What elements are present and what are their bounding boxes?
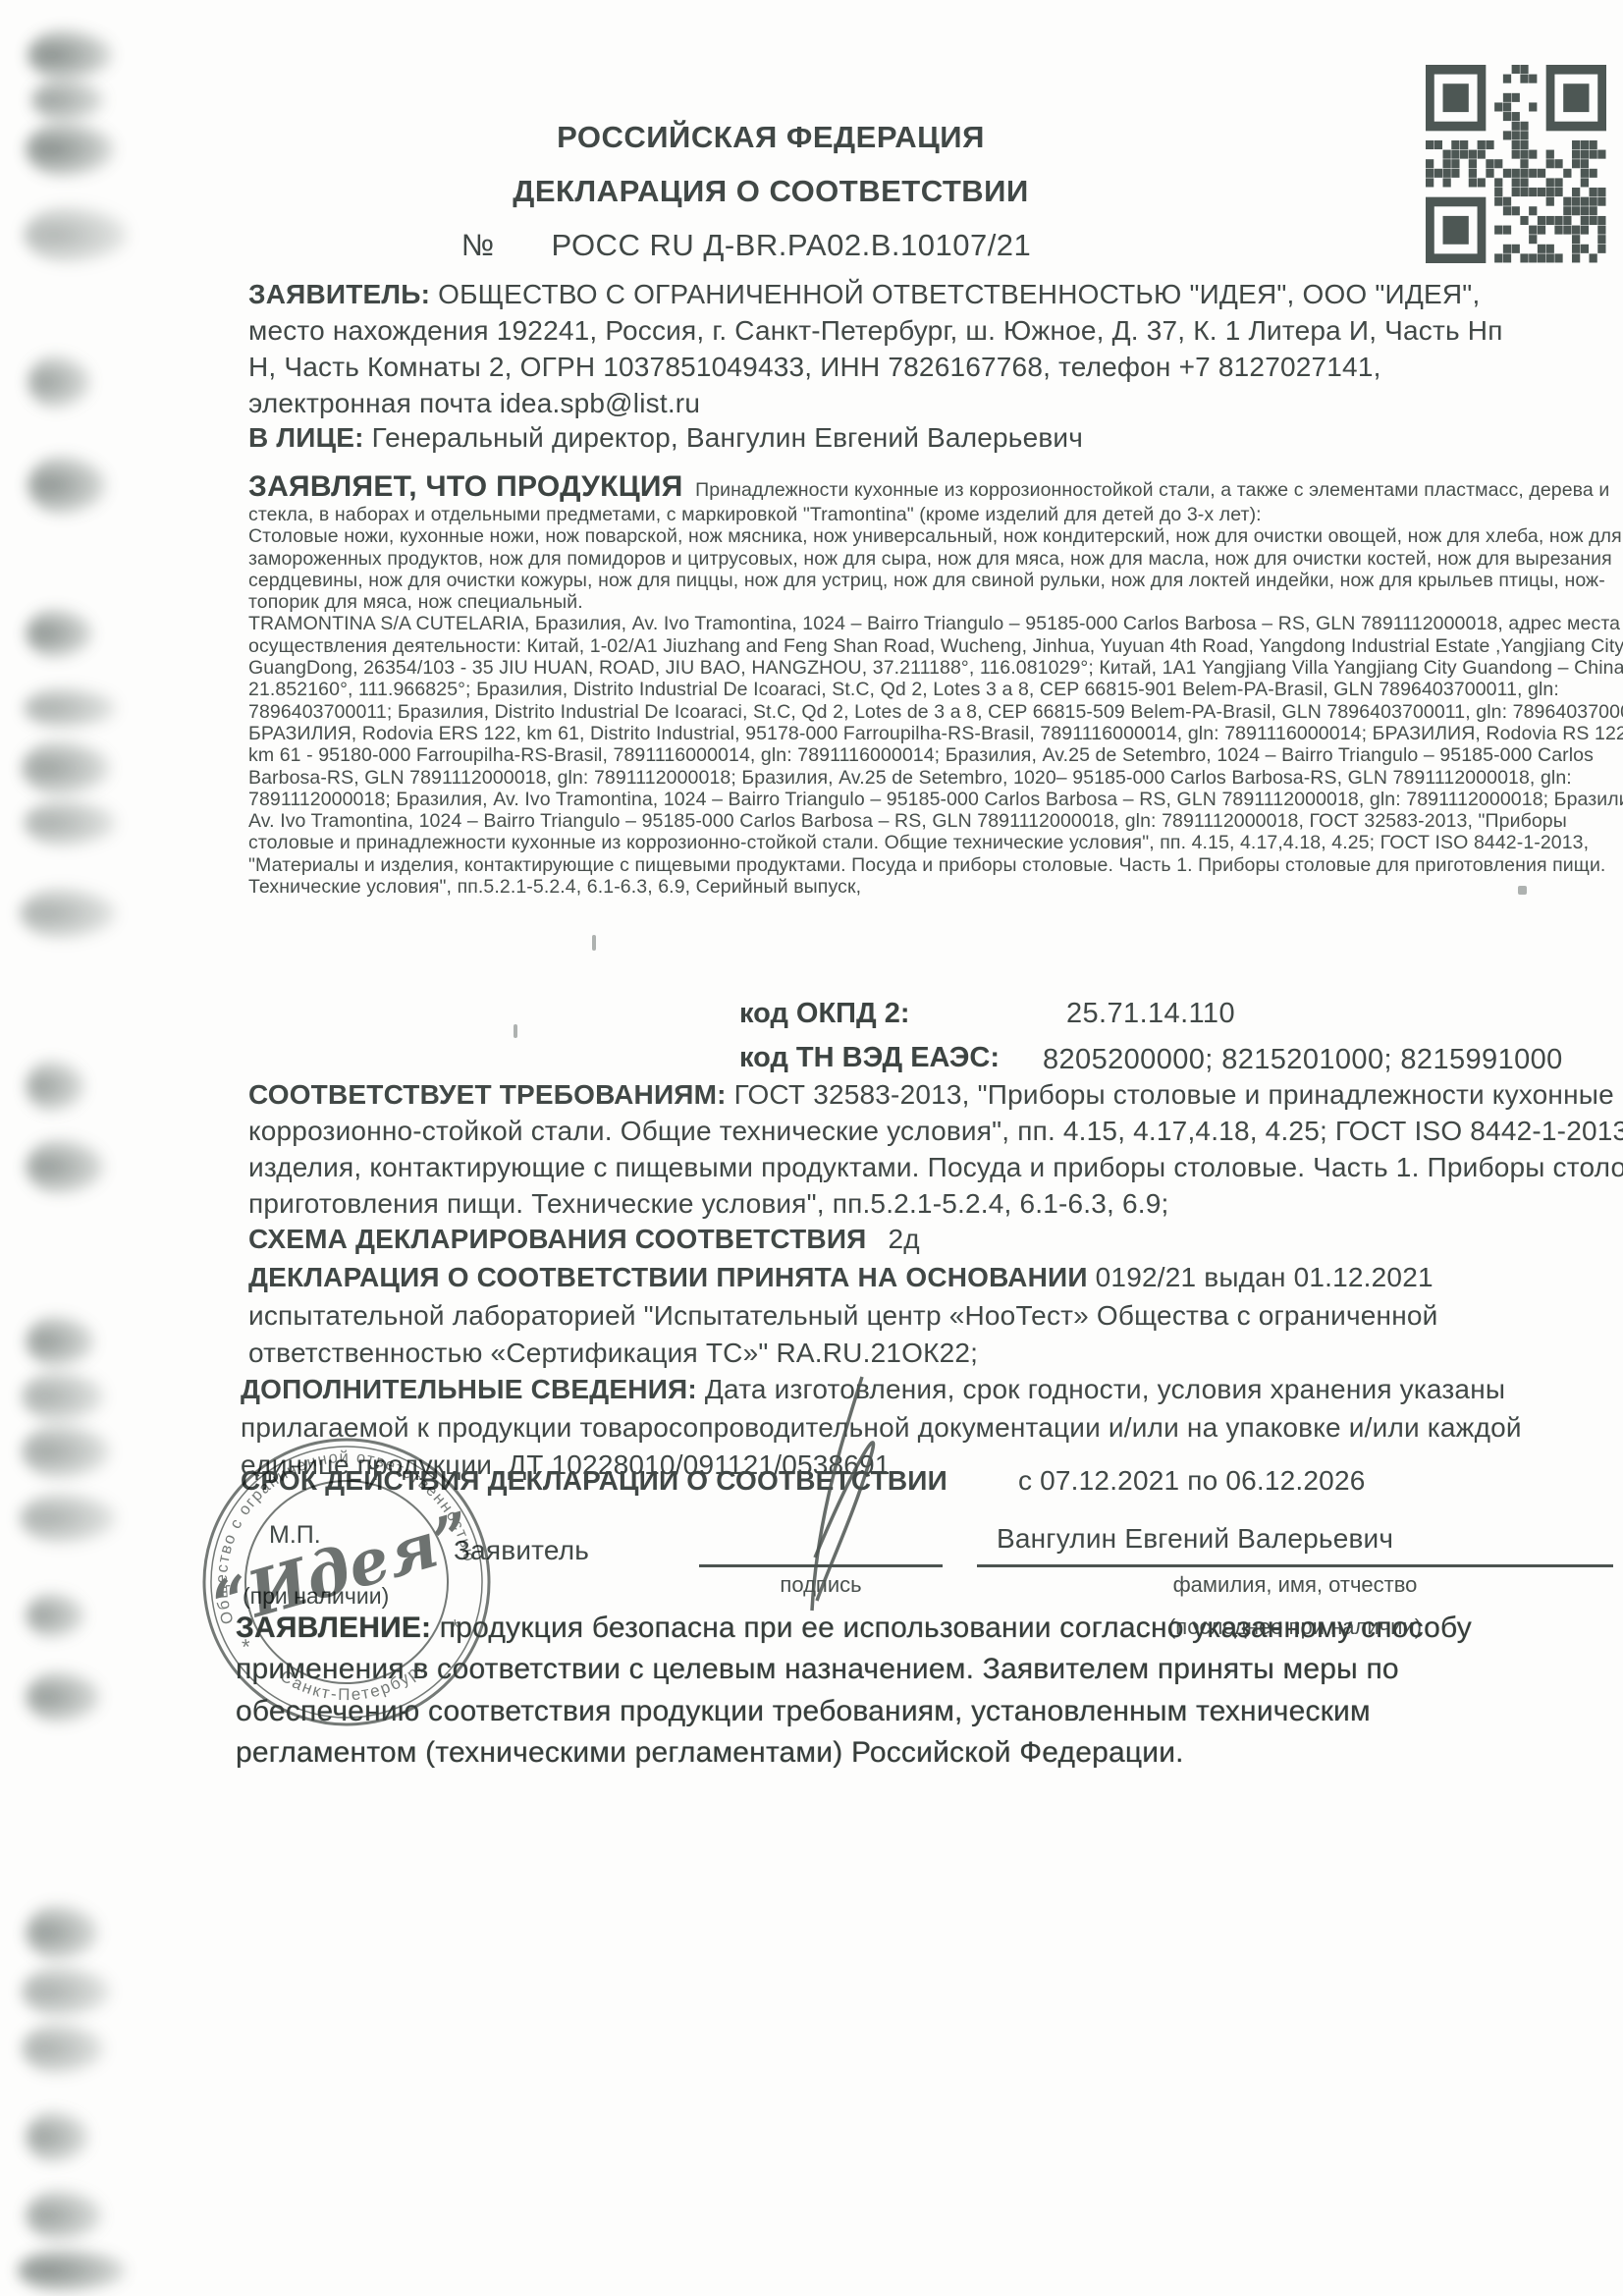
text-line: ответственностью «Сертификация ТС»" RA.R… [248, 1335, 1437, 1373]
text-line: испытательной лабораторией "Испытательны… [248, 1297, 1437, 1336]
handwritten-signature [756, 1371, 923, 1618]
tnved-label: код ТН ВЭД ЕАЭС: [739, 1042, 1000, 1074]
statement-label: ЗАЯВЛЕНИЕ: [236, 1612, 431, 1644]
text-line: "Материалы и изделия, контактирующие с п… [248, 854, 1623, 876]
text-line: осуществления деятельности: Китай, 1-02/… [248, 635, 1623, 657]
text-line: столовые и принадлежности кухонные из ко… [248, 832, 1623, 853]
signatory-name: Вангулин Евгений Валерьевич [997, 1520, 1393, 1557]
scan-smudge [22, 1422, 112, 1481]
number-sign: № [461, 228, 495, 262]
applicant-section: ЗАЯВИТЕЛЬ: ОБЩЕСТВО С ОГРАНИЧЕННОЙ ОТВЕТ… [248, 276, 1503, 421]
declaration-number: РОСС RU Д-BR.РА02.В.10107/21 [551, 228, 1031, 262]
scheme-label: СХЕМА ДЕКЛАРИРОВАНИЯ СООТВЕТСТВИЯ [248, 1224, 866, 1254]
scan-smudge [26, 1137, 106, 1196]
text-line: 7891112000018; Бразилия, Av. Ivo Tramont… [248, 789, 1623, 810]
text-line: km 61 - 95180-000 Farroupilha-RS-Brasil,… [248, 744, 1623, 766]
page-title-country: РОССИЙСКАЯ ФЕДЕРАЦИЯ [0, 120, 1542, 155]
scan-smudge [20, 886, 118, 941]
in-person-text: Генеральный директор, Вангулин Евгений В… [372, 422, 1083, 453]
text-line: Н, Часть Комнаты 2, ОГРН 1037851049433, … [248, 349, 1503, 385]
compliance-section: СООТВЕТСТВУЕТ ТРЕБОВАНИЯМ: ГОСТ 32583-20… [248, 1076, 1623, 1222]
text-line: замороженных продуктов, нож для помидоро… [248, 548, 1623, 570]
text-line: БРАЗИЛИЯ, Rodovia ERS 122, km 61, Distri… [248, 723, 1623, 744]
in-person-label: В ЛИЦЕ: [248, 422, 364, 453]
scan-smudge [26, 2109, 90, 2164]
scan-smudge [27, 354, 92, 410]
text-line: 7896403700011; Бразилия, Distrito Indust… [248, 701, 1623, 723]
in-person-section: В ЛИЦЕ: Генеральный директор, Вангулин Е… [248, 419, 1083, 456]
scheme-section: СХЕМА ДЕКЛАРИРОВАНИЯ СООТВЕТСТВИЯ2д [248, 1221, 920, 1257]
declaration-number-line: №РОСС RU Д-BR.РА02.В.10107/21 [0, 228, 1492, 263]
validity-value: с 07.12.2021 по 06.12.2026 [1018, 1465, 1366, 1496]
text-line: TRAMONTINA S/A CUTELARIA, Бразилия, Av. … [248, 613, 1623, 634]
okpd-value: 25.71.14.110 [1066, 998, 1235, 1030]
declaration-document: РОССИЙСКАЯ ФЕДЕРАЦИЯ ДЕКЛАРАЦИЯ О СООТВЕ… [0, 0, 1623, 2296]
text-line: Av. Ivo Tramontina, 1024 – Bairro Triang… [248, 810, 1623, 832]
scan-smudge [24, 797, 118, 848]
text-line: обеспечению соответствия продукции требо… [236, 1691, 1472, 1732]
product-label: ЗАЯВЛЯЕТ, ЧТО ПРОДУКЦИЯ [248, 470, 683, 503]
scan-smudge [24, 685, 118, 731]
scan-smudge [27, 454, 108, 517]
text-line: стекла, в наборах и отдельными предметам… [248, 504, 1623, 525]
text-line: Технические условия", пп.5.2.1-5.2.4, 6.… [248, 876, 1623, 898]
text-line: сердцевины, нож для очистки кожуры, нож … [248, 570, 1623, 591]
applicant-label: ЗАЯВИТЕЛЬ: [248, 279, 430, 309]
text-line: GuangDong, 26354/103 - 35 JIU HUAN, ROAD… [248, 657, 1623, 679]
product-section: ЗАЯВЛЯЕТ, ЧТО ПРОДУКЦИЯ Принадлежности к… [248, 470, 1623, 898]
basis-label: ДЕКЛАРАЦИЯ О СООТВЕТСТВИИ ПРИНЯТА НА ОСН… [248, 1262, 1088, 1292]
text-line: регламентом (техническими регламентами) … [236, 1732, 1472, 1774]
statement-first-line: продукция безопасна при ее использовании… [440, 1612, 1472, 1644]
compliance-label: СООТВЕТСТВУЕТ ТРЕБОВАНИЯМ: [248, 1079, 727, 1110]
scan-smudge [22, 2021, 106, 2076]
statement-section: ЗАЯВЛЕНИЕ: продукция безопасна при ее ис… [236, 1608, 1472, 1775]
scan-smudge [22, 738, 112, 797]
scan-smudge [26, 1591, 86, 1640]
text-line: электронная почта idea.spb@list.ru [248, 385, 1503, 421]
scheme-value: 2д [888, 1224, 919, 1254]
scan-smudge [26, 1669, 102, 1724]
name-line [977, 1564, 1613, 1567]
text-line: Barbosa-RS, GLN 7891112000018, gln: 7891… [248, 767, 1623, 789]
page-title-document: ДЕКЛАРАЦИЯ О СООТВЕТСТВИИ [0, 174, 1542, 209]
scan-smudge [26, 1314, 96, 1369]
text-line: 21.852160°, 111.966825°; Бразилия, Distr… [248, 679, 1623, 700]
scan-speck [592, 935, 596, 951]
text-line: применения в соответствии с целевым назн… [236, 1649, 1472, 1690]
text-line: топорик для мяса, нож специальный. [248, 591, 1623, 613]
compliance-first-line: ГОСТ 32583-2013, "Приборы столовые и при… [734, 1079, 1623, 1110]
scan-smudge [26, 2188, 104, 2243]
basis-first-line: 0192/21 выдан 01.12.2021 [1096, 1262, 1434, 1292]
scan-smudge [22, 1964, 112, 2019]
okpd-label: код ОКПД 2: [739, 998, 910, 1030]
text-line: изделия, контактирующие с пищевыми проду… [248, 1149, 1623, 1185]
text-line: Столовые ножи, кухонные ножи, нож поварс… [248, 525, 1623, 547]
scan-smudge [27, 27, 114, 82]
text-line: коррозионно-стойкой стали. Общие техниче… [248, 1113, 1623, 1149]
additional-label: ДОПОЛНИТЕЛЬНЫЕ СВЕДЕНИЯ: [241, 1374, 697, 1404]
scan-smudge [18, 2247, 128, 2294]
scan-smudge [26, 1059, 86, 1114]
text-line: приготовления пищи. Технические условия"… [248, 1185, 1623, 1222]
scan-smudge [31, 77, 106, 124]
name-caption: фамилия, имя, отчество [977, 1572, 1613, 1598]
scan-smudge [22, 1369, 106, 1424]
scan-smudge [20, 1491, 118, 1546]
applicant-first-line: ОБЩЕСТВО С ОГРАНИЧЕННОЙ ОТВЕТСТВЕННОСТЬЮ… [438, 279, 1480, 309]
tnved-value: 8205200000; 8215201000; 8215991000 [1043, 1044, 1563, 1076]
product-first-line: Принадлежности кухонные из коррозионност… [695, 479, 1609, 501]
text-line: место нахождения 192241, Россия, г. Санк… [248, 312, 1503, 349]
scan-speck [514, 1024, 517, 1038]
scan-smudge [26, 607, 94, 660]
basis-section: ДЕКЛАРАЦИЯ О СООТВЕТСТВИИ ПРИНЯТА НА ОСН… [248, 1259, 1437, 1373]
scan-smudge [26, 1903, 100, 1962]
